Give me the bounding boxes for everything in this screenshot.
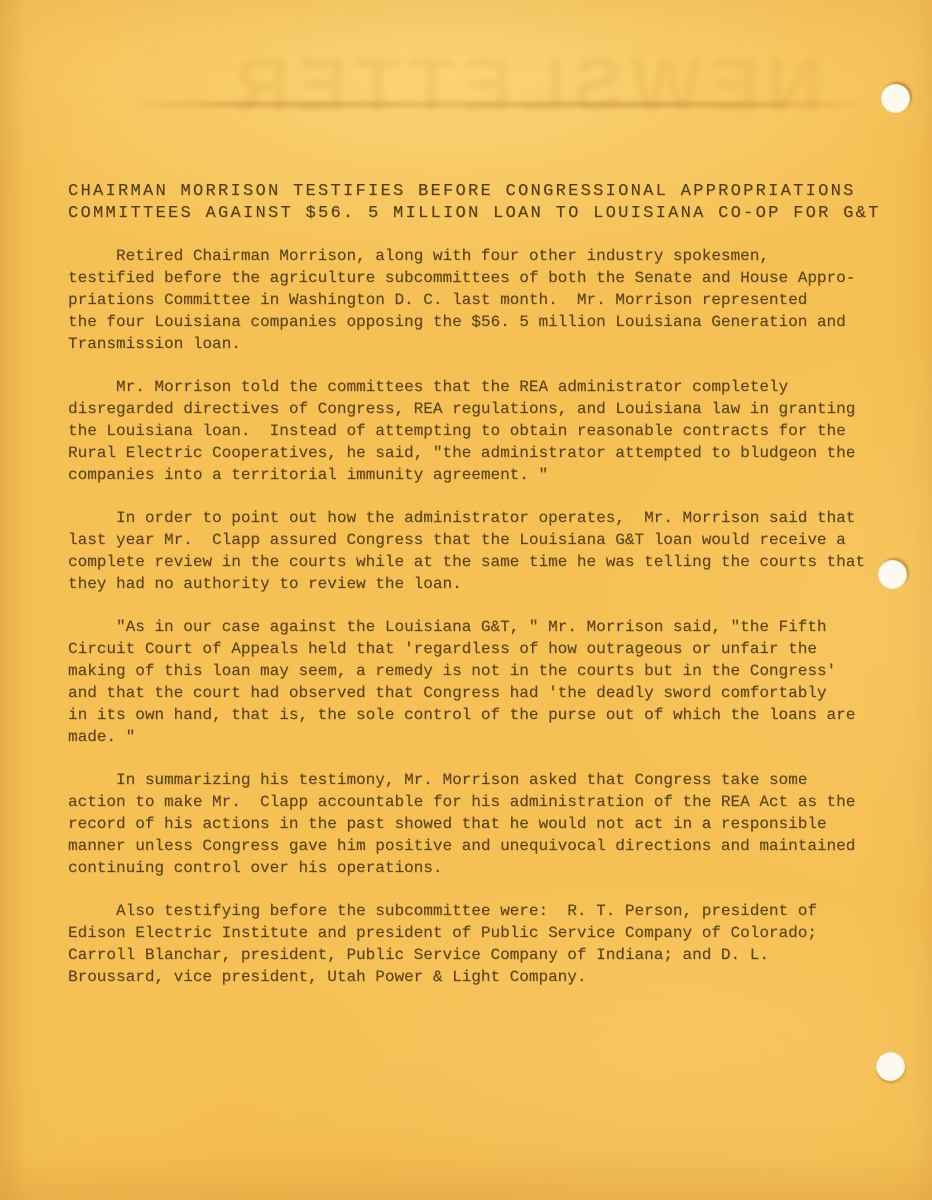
smudge-mark [130,101,870,108]
punch-hole-top [881,84,910,113]
headline: CHAIRMAN MORRISON TESTIFIES BEFORE CONGR… [68,181,900,225]
document-body: CHAIRMAN MORRISON TESTIFIES BEFORE CONGR… [68,181,900,1009]
bleed-through-text: NEWSLETTER [180,42,870,129]
punch-hole-bottom [876,1052,905,1081]
paragraph-3: In order to point out how the administra… [68,507,900,595]
paragraph-2: Mr. Morrison told the committees that th… [68,376,900,486]
document-page: NEWSLETTER CHAIRMAN MORRISON TESTIFIES B… [0,0,932,1200]
paragraph-1: Retired Chairman Morrison, along with fo… [68,245,900,355]
paragraph-4: "As in our case against the Louisiana G&… [68,616,900,748]
punch-hole-middle [878,560,907,589]
paragraph-6: Also testifying before the subcommittee … [68,900,900,988]
paragraph-5: In summarizing his testimony, Mr. Morris… [68,769,900,879]
